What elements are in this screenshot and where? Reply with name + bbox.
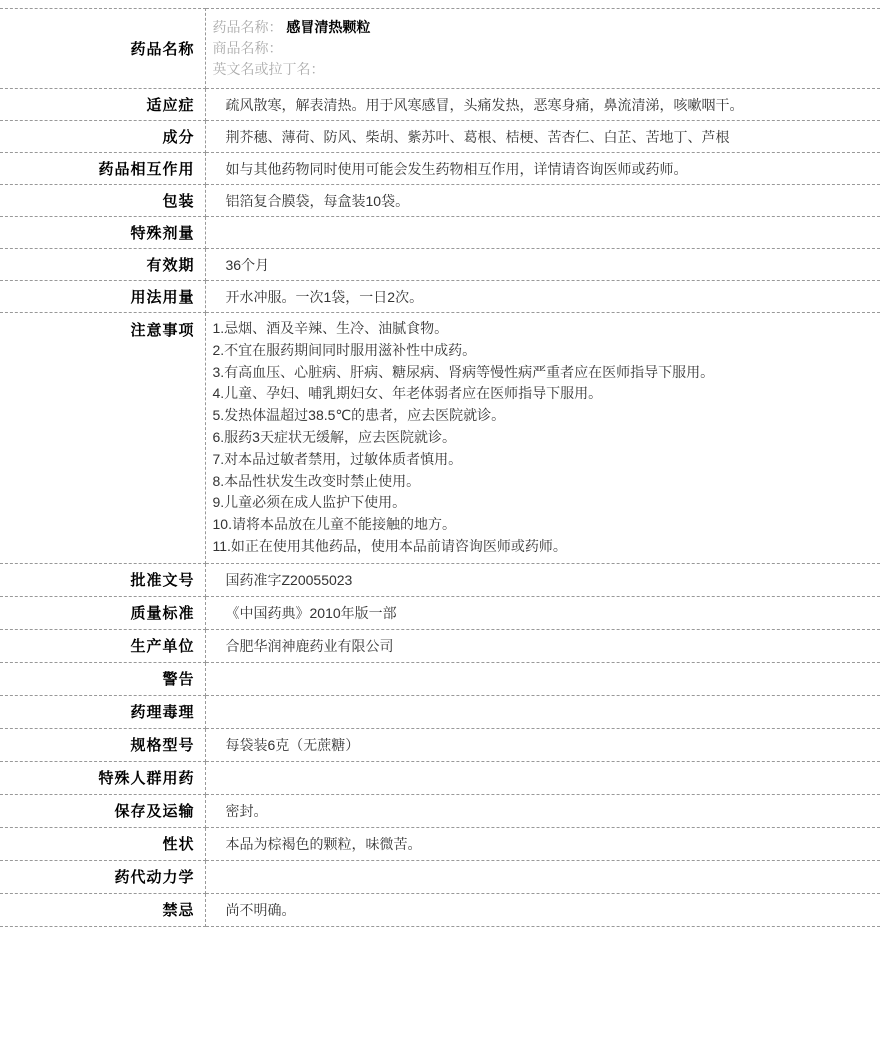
table-row-warning: 警告: [0, 662, 880, 695]
drug-name-field-value: 感冒清热颗粒: [286, 19, 370, 35]
contraindications-value: 尚不明确。: [205, 893, 880, 926]
appearance-value: 本品为棕褐色的颗粒，味微苦。: [205, 827, 880, 860]
pharmacology-label: 药理毒理: [0, 695, 205, 728]
precautions-label: 注意事项: [0, 313, 205, 564]
specification-label: 规格型号: [0, 728, 205, 761]
pharmacology-value: [205, 695, 880, 728]
table-row-interactions: 药品相互作用 如与其他药物同时使用可能会发生药物相互作用，详情请咨询医师或药师。: [0, 153, 880, 185]
drug-name-line: 药品名称： 感冒清热颗粒: [213, 17, 873, 38]
quality-standard-label: 质量标准: [0, 596, 205, 629]
table-row-contraindications: 禁忌 尚不明确。: [0, 893, 880, 926]
warning-label: 警告: [0, 662, 205, 695]
table-row-pharmacokinetics: 药代动力学: [0, 860, 880, 893]
indications-label: 适应症: [0, 89, 205, 121]
interactions-value: 如与其他药物同时使用可能会发生药物相互作用，详情请咨询医师或药师。: [205, 153, 880, 185]
precautions-value: 1.忌烟、酒及辛辣、生冷、油腻食物。 2.不宜在服药期间同时服用滋补性中成药。 …: [205, 313, 880, 564]
quality-standard-value: 《中国药典》2010年版一部: [205, 596, 880, 629]
drug-name-row-label: 药品名称: [0, 9, 205, 89]
table-row-packaging: 包装 铝箔复合膜袋，每盒装10袋。: [0, 185, 880, 217]
special-dosage-value: [205, 217, 880, 249]
contraindications-label: 禁忌: [0, 893, 205, 926]
table-row-special-dosage: 特殊剂量: [0, 217, 880, 249]
storage-value: 密封。: [205, 794, 880, 827]
appearance-label: 性状: [0, 827, 205, 860]
trade-name-field-label: 商品名称：: [213, 40, 283, 56]
approval-number-label: 批准文号: [0, 563, 205, 596]
pharmacokinetics-value: [205, 860, 880, 893]
table-row-approval-number: 批准文号 国药准字Z20055023: [0, 563, 880, 596]
table-row-shelf-life: 有效期 36个月: [0, 249, 880, 281]
ingredients-label: 成分: [0, 121, 205, 153]
warning-value: [205, 662, 880, 695]
indications-value: 疏风散寒，解表清热。用于风寒感冒，头痛发热，恶寒身痛，鼻流清涕，咳嗽咽干。: [205, 89, 880, 121]
table-row-manufacturer: 生产单位 合肥华润神鹿药业有限公司: [0, 629, 880, 662]
storage-label: 保存及运输: [0, 794, 205, 827]
english-name-line: 英文名或拉丁名：: [213, 59, 873, 80]
manufacturer-label: 生产单位: [0, 629, 205, 662]
interactions-label: 药品相互作用: [0, 153, 205, 185]
drug-info-table: 药品名称 药品名称： 感冒清热颗粒 商品名称： 英文名或拉丁名： 适应症 疏风散…: [0, 8, 880, 927]
shelf-life-label: 有效期: [0, 249, 205, 281]
ingredients-value: 荆芥穗、薄荷、防风、柴胡、紫苏叶、葛根、桔梗、苦杏仁、白芷、苦地丁、芦根: [205, 121, 880, 153]
dosage-value: 开水冲服。一次1袋，一日2次。: [205, 281, 880, 313]
drug-name-field-label: 药品名称：: [213, 19, 283, 35]
table-row-ingredients: 成分 荆芥穗、薄荷、防风、柴胡、紫苏叶、葛根、桔梗、苦杏仁、白芷、苦地丁、芦根: [0, 121, 880, 153]
packaging-label: 包装: [0, 185, 205, 217]
table-row-dosage: 用法用量 开水冲服。一次1袋，一日2次。: [0, 281, 880, 313]
table-row-special-populations: 特殊人群用药: [0, 761, 880, 794]
english-name-field-label: 英文名或拉丁名：: [213, 61, 325, 77]
special-populations-label: 特殊人群用药: [0, 761, 205, 794]
table-row-pharmacology: 药理毒理: [0, 695, 880, 728]
shelf-life-value: 36个月: [205, 249, 880, 281]
special-dosage-label: 特殊剂量: [0, 217, 205, 249]
table-row-specification: 规格型号 每袋装6克（无蔗糖）: [0, 728, 880, 761]
table-row-appearance: 性状 本品为棕褐色的颗粒，味微苦。: [0, 827, 880, 860]
manufacturer-value: 合肥华润神鹿药业有限公司: [205, 629, 880, 662]
specification-value: 每袋装6克（无蔗糖）: [205, 728, 880, 761]
drug-name-row-value: 药品名称： 感冒清热颗粒 商品名称： 英文名或拉丁名：: [205, 9, 880, 89]
table-row-drug-name: 药品名称 药品名称： 感冒清热颗粒 商品名称： 英文名或拉丁名：: [0, 9, 880, 89]
table-row-precautions: 注意事项 1.忌烟、酒及辛辣、生冷、油腻食物。 2.不宜在服药期间同时服用滋补性…: [0, 313, 880, 564]
table-row-quality-standard: 质量标准 《中国药典》2010年版一部: [0, 596, 880, 629]
approval-number-value: 国药准字Z20055023: [205, 563, 880, 596]
special-populations-value: [205, 761, 880, 794]
table-row-indications: 适应症 疏风散寒，解表清热。用于风寒感冒，头痛发热，恶寒身痛，鼻流清涕，咳嗽咽干…: [0, 89, 880, 121]
packaging-value: 铝箔复合膜袋，每盒装10袋。: [205, 185, 880, 217]
table-row-storage: 保存及运输 密封。: [0, 794, 880, 827]
pharmacokinetics-label: 药代动力学: [0, 860, 205, 893]
trade-name-line: 商品名称：: [213, 38, 873, 59]
dosage-label: 用法用量: [0, 281, 205, 313]
